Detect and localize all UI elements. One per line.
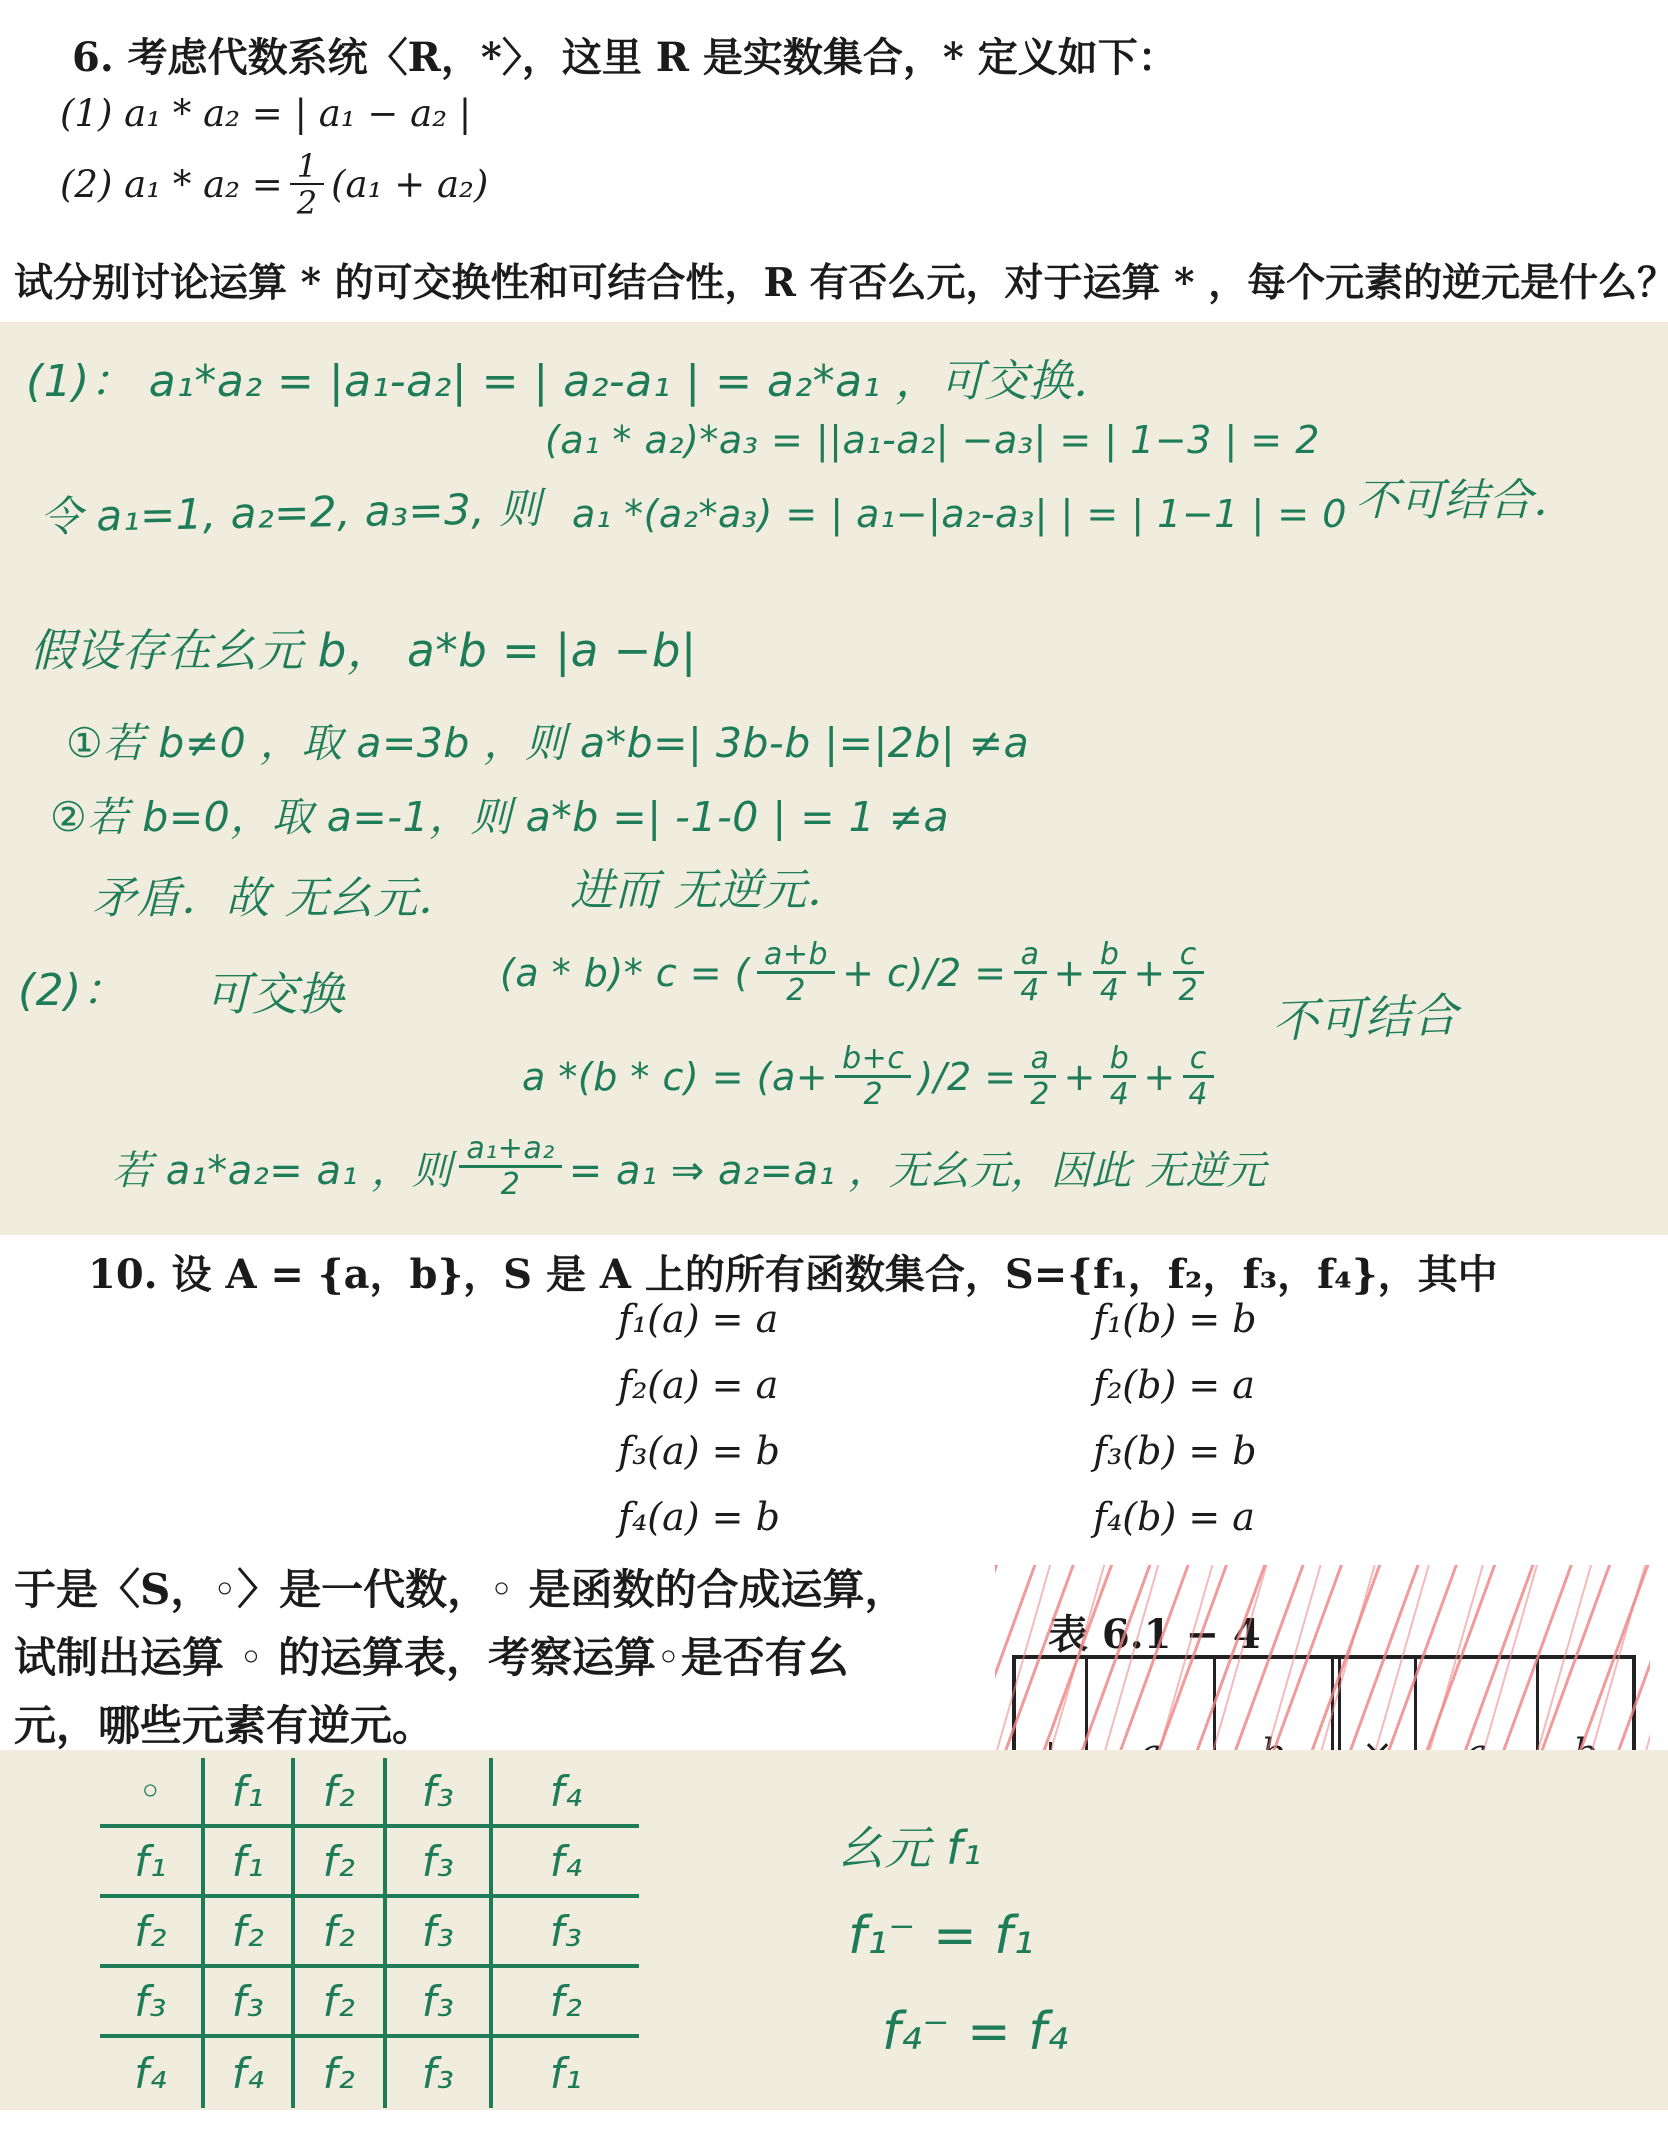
op-table-cell: f₂ (493, 1968, 639, 2038)
table614-double-rule (1334, 1659, 1341, 1750)
sol6-commutative-line: (1)： a₁*a₂ = |a₁-a₂| = | a₂-a₁ | = a₂*a₁… (26, 345, 1118, 409)
problem6-question: 试分别讨论运算 * 的可交换性和可结合性，R 有否么元，对于运算 * ，每个元素… (14, 252, 1668, 308)
op-table-col-header: f₃ (387, 1758, 493, 1828)
op-table-cell: f₂ (205, 1898, 295, 1968)
fraction-c-over-2: c2 (1173, 940, 1204, 1006)
f4-of-a: f₄(a) = b (618, 1495, 1093, 1539)
op-table-cell: f₃ (205, 1968, 295, 2038)
problem10-paragraph-line1: 于是〈S，◦〉是一代数，◦ 是函数的合成运算， (14, 1557, 907, 1617)
scanned-textbook-page: 6. 考虑代数系统〈R，*〉，这里 R 是实数集合，* 定义如下： (1) a₁… (0, 0, 1668, 2154)
printed-problem10-section: 10. 设 A = {a，b}，S 是 A 上的所有函数集合，S={f₁，f₂，… (0, 1235, 1668, 1750)
f2-of-b: f₂(b) = a (1093, 1363, 1257, 1407)
problem10-paragraph-line2: 试制出运算 ◦ 的运算表，考察运算◦是否有幺 (14, 1625, 849, 1685)
sol6-part2-commutative: 可交换 (205, 958, 345, 1024)
problem10-paragraph-line3: 元，哪些元素有逆元。 (14, 1693, 434, 1750)
f1-of-b: f₁(b) = b (1093, 1297, 1257, 1341)
identity-element-note: 幺元 f₁ (838, 1812, 982, 1878)
sol6-part2-not-associative: 不可结合 (1271, 979, 1459, 1051)
op-table-row-header: f₁ (100, 1828, 205, 1898)
table-6-1-4-caption: 表 6.1 − 4 (1048, 1603, 1261, 1660)
fraction-a-over-2: a2 (1024, 1044, 1057, 1110)
problem6-definition2: (2) a₁ * a₂ = 1 2 (a₁ + a₂) (60, 150, 488, 219)
one-half-fraction: 1 2 (290, 150, 324, 219)
table614-col-a: a (1088, 1659, 1216, 1750)
definition2-lhs: (2) a₁ * a₂ = (60, 163, 283, 206)
op-table-cell: f₃ (387, 1828, 493, 1898)
table614-times-header: × (1341, 1659, 1417, 1750)
composition-operation-table: ◦ f₁ f₂ f₃ f₄ f₁ f₁ f₂ f₃ f₄ f₂ f₂ f₂ f₃… (100, 1758, 639, 2108)
table614-col-b2: b (1539, 1659, 1632, 1750)
sol6-not-associative-note: 不可结合． (1355, 464, 1578, 528)
fraction-b-over-4b: b4 (1103, 1044, 1137, 1110)
sol6-case2: ②若 b=0，取 a=-1，则 a*b =| -1-0 | = 1 ≠a (50, 784, 949, 843)
sol6-contradiction: 矛盾．故 无幺元． (92, 862, 463, 926)
printed-problem6-section: 6. 考虑代数系统〈R，*〉，这里 R 是实数集合，* 定义如下： (1) a₁… (0, 0, 1668, 322)
handwritten-solution10-section: ◦ f₁ f₂ f₃ f₄ f₁ f₁ f₂ f₃ f₄ f₂ f₂ f₂ f₃… (0, 1750, 1668, 2110)
f3-of-a: f₃(a) = b (618, 1429, 1093, 1473)
op-table-corner: ◦ (100, 1758, 205, 1828)
sol6-assoc-eq2: a₁ *(a₂*a₃) = | a₁−|a₂-a₃| | = | 1−1 | =… (572, 492, 1347, 536)
op-table-cell: f₂ (295, 1828, 387, 1898)
sol6-case1: ①若 b≠0 ，取 a=3b ，则 a*b=| 3b-b |=|2b| ≠a (66, 710, 1029, 769)
sol6-part2-eq2: a *(b * c) = (a+ b+c2 )/2 = a2 + b4 + c4 (522, 1044, 1221, 1110)
function-definitions: f₁(a) = a f₁(b) = b f₂(a) = a f₂(b) = a … (618, 1297, 1257, 1539)
f1-of-a: f₁(a) = a (618, 1297, 1093, 1341)
op-table-cell: f₂ (295, 1898, 387, 1968)
op-table-row-header: f₂ (100, 1898, 205, 1968)
table614-plus-header: + (1016, 1659, 1088, 1750)
fraction-a-plus-b-over-2: a+b2 (757, 940, 835, 1006)
op-table-cell: f₃ (387, 2038, 493, 2108)
handwritten-solution6-section: (1)： a₁*a₂ = |a₁-a₂| = | a₂-a₁ | = a₂*a₁… (0, 322, 1668, 1235)
sol6-let-values: 令 a₁=1, a₂=2, a₃=3, 则 (40, 476, 542, 545)
definition2-rhs: (a₁ + a₂) (331, 163, 488, 206)
f4-of-b: f₄(b) = a (1093, 1495, 1257, 1539)
op-table-cell: f₂ (295, 2038, 387, 2108)
op-table-col-header: f₄ (493, 1758, 639, 1828)
table614-col-b: b (1216, 1659, 1334, 1750)
fraction-a-over-4: a4 (1014, 940, 1047, 1006)
table614-col-a2: a (1417, 1659, 1539, 1750)
f2-of-a: f₂(a) = a (618, 1363, 1093, 1407)
op-table-cell: f₄ (205, 2038, 295, 2108)
inverse-f4-note: f₄⁻ = f₄ (882, 2002, 1068, 2062)
sol6-part2-eq1: (a * b)* c = ( a+b2 + c)/2 = a4 + b4 + c… (500, 940, 1211, 1006)
sol6-part2-identity-line: 若 a₁*a₂= a₁ ，则 a₁+a₂2 = a₁ ⇒ a₂=a₁ ，无幺元，… (112, 1134, 1267, 1200)
op-table-col-header: f₁ (205, 1758, 295, 1828)
problem6-title: 6. 考虑代数系统〈R，*〉，这里 R 是实数集合，* 定义如下： (72, 26, 1178, 83)
op-table-col-header: f₂ (295, 1758, 387, 1828)
sol6-no-inverse: 进而 无逆元． (570, 854, 852, 918)
bottom-margin (0, 2110, 1668, 2154)
op-table-cell: f₄ (493, 1828, 639, 1898)
fraction-b-plus-c-over-2: b+c2 (835, 1044, 911, 1110)
problem10-intro: 10. 设 A = {a，b}，S 是 A 上的所有函数集合，S={f₁，f₂，… (88, 1243, 1498, 1300)
printed-table-6-1-4: + a b × a b (1012, 1655, 1636, 1750)
op-table-cell: f₂ (295, 1968, 387, 2038)
sol6-assume-identity: 假设存在幺元 b， a*b = |a −b| (30, 614, 697, 679)
f3-of-b: f₃(b) = b (1093, 1429, 1257, 1473)
inverse-f1-note: f₁⁻ = f₁ (848, 1906, 1034, 1966)
op-table-cell: f₃ (387, 1968, 493, 2038)
op-table-cell: f₃ (387, 1898, 493, 1968)
op-table-cell: f₁ (205, 1828, 295, 1898)
fraction-c-over-4: c4 (1183, 1044, 1214, 1110)
op-table-cell: f₁ (493, 2038, 639, 2108)
sol6-assoc-eq1: (a₁ * a₂)*a₃ = ||a₁-a₂| −a₃| = | 1−3 | =… (545, 418, 1320, 462)
problem6-definition1: (1) a₁ * a₂ = | a₁ − a₂ | (60, 92, 471, 135)
op-table-cell: f₃ (493, 1898, 639, 1968)
op-table-row-header: f₃ (100, 1968, 205, 2038)
fraction-b-over-4: b4 (1093, 940, 1127, 1006)
fraction-a1-plus-a2-over-2: a₁+a₂2 (459, 1134, 561, 1200)
op-table-row-header: f₄ (100, 2038, 205, 2108)
sol6-part2-label: (2)： (18, 954, 126, 1018)
